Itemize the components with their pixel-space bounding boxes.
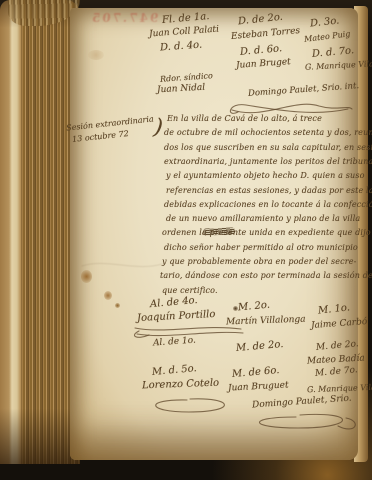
ink-blot (233, 306, 238, 311)
crossed-out-word (203, 227, 235, 235)
body-line: de un nuevo amillaramiento y plano de la… (166, 214, 360, 223)
body-line: dos los que suscriben en su sala capitul… (164, 143, 372, 152)
foxing-stain (81, 270, 92, 283)
library-stamp: 947.705 (89, 11, 159, 25)
signature-flourish (238, 408, 366, 436)
body-line: dicho señor haber permitido al otro muni… (164, 243, 358, 252)
body-line: referencias en estas sesiones, y dadas p… (166, 186, 372, 195)
manuscript-photo: 947.705 Fl. de 1a. Juan Coll Palati D. d… (0, 0, 372, 480)
body-line: extraordinaria, juntamente los peritos d… (164, 157, 372, 166)
body-line: debidas explicaciones en lo tocante á la… (164, 200, 372, 209)
body-line: tario, dándose con esto por terminada la… (160, 271, 372, 280)
body-line: En la villa de Cavá de lo alto, á trece (167, 114, 322, 123)
body-line: de octubre de mil ochocientos setenta y … (164, 128, 372, 137)
body-line: ordenen la presente unida en expediente … (162, 228, 371, 237)
body-line: que certifico. (162, 286, 218, 295)
foxing-stain (115, 303, 120, 308)
body-line: y el ayuntamiento objeto hecho D. quien … (166, 171, 365, 180)
book-fore-edge (0, 0, 80, 464)
signature-flourish (134, 394, 246, 418)
foxing-stain (88, 50, 104, 60)
body-line: y que probablemente obra en poder del se… (162, 257, 356, 266)
foxing-stain (104, 291, 112, 300)
